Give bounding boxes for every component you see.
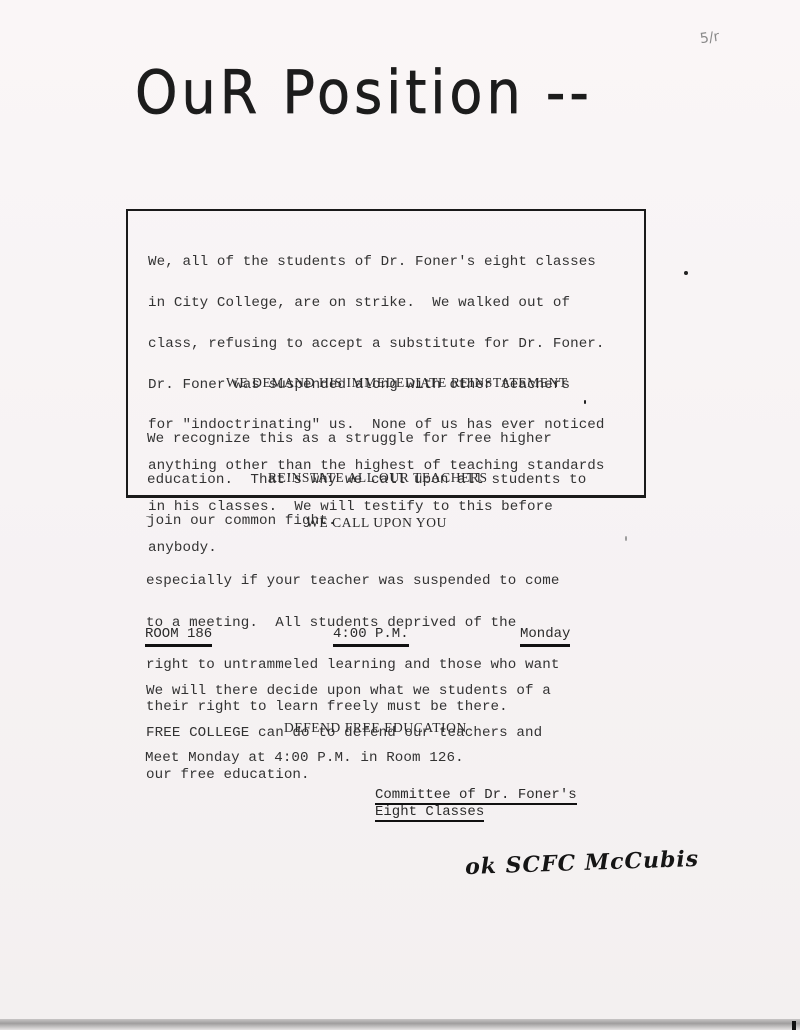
meeting-time: 4:00 P.M. <box>333 627 409 647</box>
signature-line: Committee of Dr. Foner's <box>375 788 577 805</box>
text-line: We will there decide upon what we studen… <box>146 684 551 698</box>
meeting-room: ROOM 186 <box>145 627 212 647</box>
meet-line: Meet Monday at 4:00 P.M. in Room 126. <box>145 752 464 766</box>
ink-speck <box>584 400 586 404</box>
ink-speck <box>146 516 151 517</box>
text-line: We recognize this as a struggle for free… <box>147 433 586 447</box>
scan-edge-mark <box>792 1021 796 1030</box>
call-heading: WE CALL UPON YOU <box>306 515 447 531</box>
text-line: class, refusing to accept a substitute f… <box>148 338 605 352</box>
ink-speck <box>684 271 688 275</box>
handwritten-annotation: ok SCFC McCubis <box>465 846 700 880</box>
text-line: We, all of the students of Dr. Foner's e… <box>148 256 605 270</box>
defend-heading: DEFEND FREE EDUCATION <box>284 720 467 736</box>
reinstate-heading: REINSTATE ALL OUR TEACHERS <box>268 470 488 486</box>
meeting-day: Monday <box>520 627 570 647</box>
text-line: in City College, are on strike. We walke… <box>148 297 605 311</box>
corner-pencil-note: 5/r <box>699 29 720 48</box>
scan-bottom-edge <box>0 1019 800 1030</box>
committee-signature: Committee of Dr. Foner's Eight Classes <box>375 788 577 822</box>
text-line: especially if your teacher was suspended… <box>146 574 559 588</box>
text-line: our free education. <box>146 768 551 782</box>
scanned-page: OuR Position -- 5/r We, all of the stude… <box>0 0 800 1030</box>
ink-speck <box>625 536 627 541</box>
handwritten-title: OuR Position -- <box>135 58 593 127</box>
signature-line: Eight Classes <box>375 805 484 822</box>
demand-heading: WE DEMAND HIS IMMEDEDIATE REINSTATEMENT <box>226 375 568 391</box>
